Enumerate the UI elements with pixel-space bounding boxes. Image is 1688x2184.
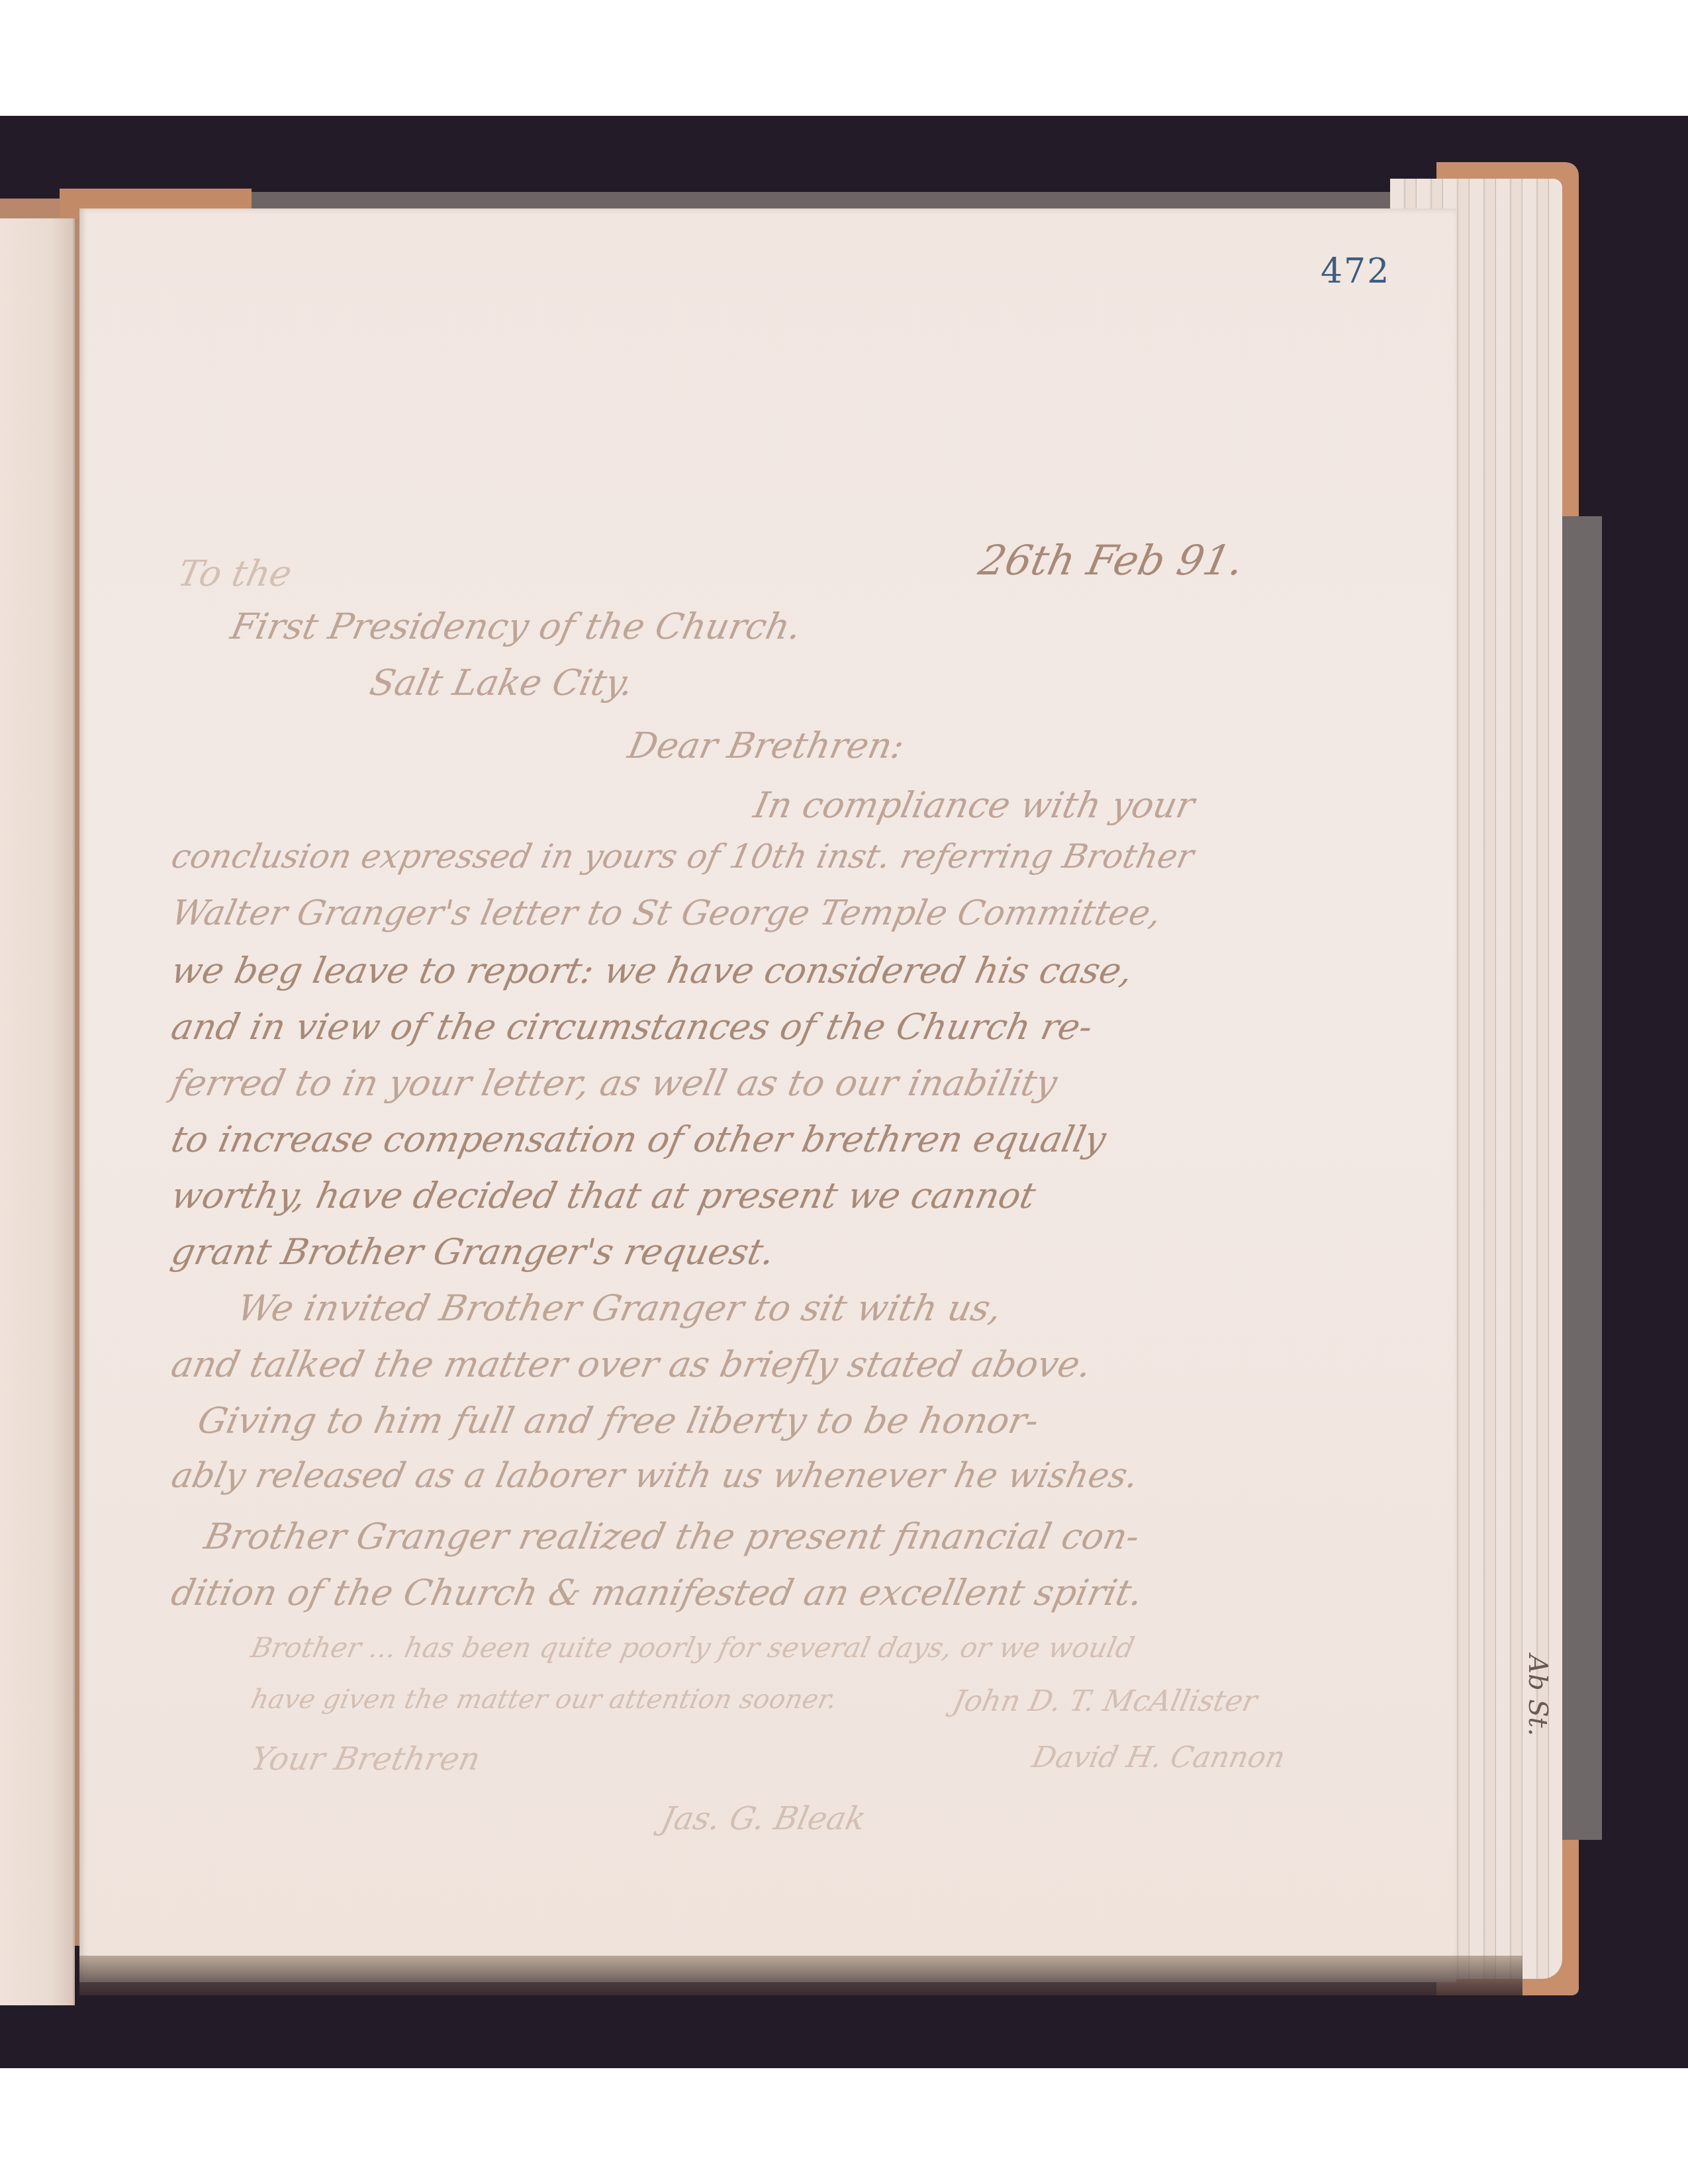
margin-note: Ab St.	[1523, 1655, 1553, 1736]
body-line-3: Walter Granger's letter to St George Tem…	[168, 893, 1165, 933]
salutation-to: To the	[174, 553, 295, 594]
body-line-4: we beg leave to report: we have consider…	[167, 950, 1137, 991]
body-line-6: ferred to in your letter, as well as to …	[167, 1062, 1060, 1104]
body-line-17: have given the matter our attention soon…	[248, 1684, 839, 1715]
addressee-line-1: First Presidency of the Church.	[227, 606, 805, 647]
greeting: Dear Brethren:	[624, 725, 908, 766]
body-line-2: conclusion expressed in yours of 10th in…	[168, 837, 1197, 876]
right-endpaper-strip	[1562, 516, 1602, 1840]
body-line-13: ably released as a laborer with us whene…	[168, 1456, 1142, 1496]
left-facing-page	[0, 218, 75, 2005]
signature-2: David H. Cannon	[1029, 1741, 1288, 1774]
body-line-12: Giving to him full and free liberty to b…	[194, 1400, 1043, 1441]
body-line-16: Brother ... has been quite poorly for se…	[248, 1631, 1137, 1664]
body-line-8: worthy, have decided that at present we …	[167, 1175, 1039, 1216]
body-line-7: to increase compensation of other brethr…	[167, 1118, 1109, 1160]
body-line-15: dition of the Church & manifested an exc…	[167, 1572, 1147, 1614]
closing: Your Brethren	[248, 1741, 484, 1778]
body-line-11: and talked the matter over as briefly st…	[167, 1343, 1095, 1385]
page-bottom-edge	[79, 1956, 1523, 1995]
body-line-14: Brother Granger realized the present fin…	[201, 1516, 1143, 1557]
signature-3: Jas. G. Bleak	[658, 1800, 869, 1837]
date-line: 26th Feb 91.	[974, 536, 1248, 584]
signature-1: John D. T. McAllister	[950, 1684, 1260, 1718]
body-line-5: and in view of the circumstances of the …	[167, 1006, 1096, 1048]
addressee-line-2: Salt Lake City.	[366, 662, 637, 704]
folio-number: 472	[1321, 251, 1390, 291]
body-line-1: In compliance with your	[750, 784, 1198, 826]
body-line-10: We invited Brother Granger to sit with u…	[234, 1287, 1006, 1329]
body-line-9: grant Brother Granger's request.	[167, 1231, 778, 1273]
